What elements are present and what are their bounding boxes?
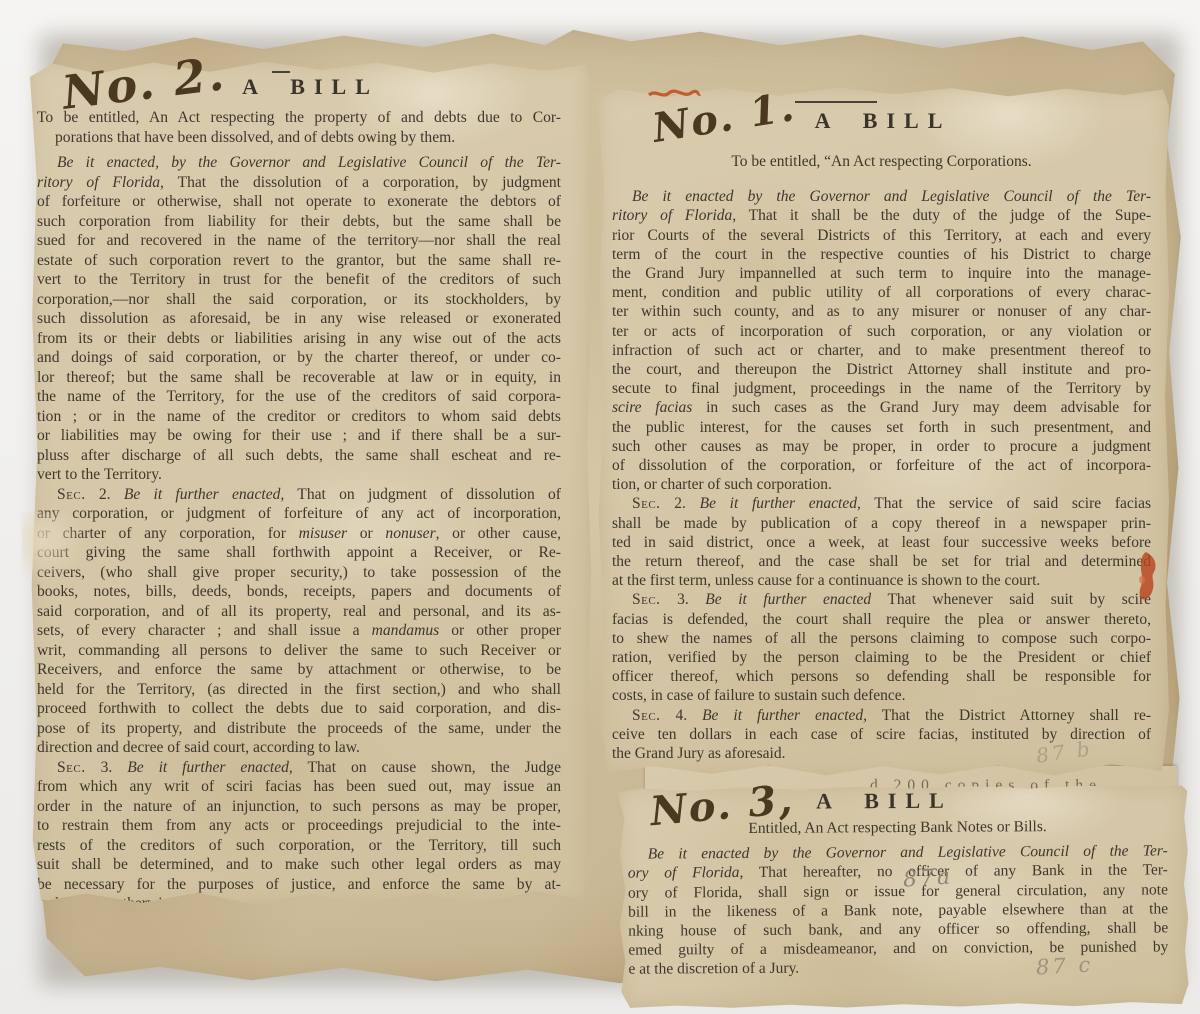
text-line: the name of the Territory, for the use o… bbox=[37, 387, 561, 407]
text-line: ter or acts of incorporation of such cor… bbox=[612, 322, 1151, 341]
text-line: secute to final judgment, proceedings in… bbox=[612, 379, 1151, 398]
text-line: lor thereof; but the same shall be recov… bbox=[37, 368, 561, 388]
paper-tear-damage bbox=[22, 512, 88, 584]
text-line: to restrain them from any acts or procee… bbox=[37, 816, 561, 836]
text-block: Sec. 2. Be it further enacted, That the … bbox=[612, 494, 1151, 590]
text-block: Sec. 2. Be it further enacted, That on j… bbox=[37, 485, 561, 758]
text-line: estate of such corporation revert to the… bbox=[37, 251, 561, 271]
text-line: Receivers, and enforce the same by attac… bbox=[37, 660, 561, 680]
pencil-annotation-87c: 87 c bbox=[1035, 953, 1093, 980]
text-line: of dissolution of the corporation, or fo… bbox=[612, 456, 1151, 475]
text-line: be necessary for the purposes of justice… bbox=[37, 875, 561, 895]
text-line: said corporation, and of all its propert… bbox=[37, 602, 561, 622]
text-line: of forfeiture or otherwise, shall not op… bbox=[37, 192, 561, 212]
bill-clipping-no1: A BILL To be entitled, “An Act respectin… bbox=[597, 86, 1169, 778]
text-line: ritory of Florida, That the dissolution … bbox=[37, 173, 561, 193]
bill-no2-body: To be entitled, An Act respecting the pr… bbox=[30, 100, 591, 914]
text-block: Sec. 3. Be it further enacted That whene… bbox=[612, 590, 1151, 705]
text-line: direction and decree of said court, acco… bbox=[37, 738, 561, 758]
text-line: suit shall be determined, and to make su… bbox=[37, 855, 561, 875]
scanned-document-page: d 200 copies of the A BILL To be entitle… bbox=[0, 0, 1200, 1014]
text-line: such other causes as may be proper, in o… bbox=[612, 437, 1151, 456]
text-line: to shew the names of all the persons cla… bbox=[612, 629, 1151, 648]
text-line: To be entitled, “An Act respecting Corpo… bbox=[612, 152, 1151, 171]
text-line: shall be made by publication of a copy t… bbox=[612, 514, 1151, 533]
text-line: Be it enacted, by the Governor and Legis… bbox=[37, 153, 561, 173]
text-line: proceed forthwith to collect the debts d… bbox=[37, 699, 561, 719]
text-line: or liabilities may be owing for their us… bbox=[37, 426, 561, 446]
text-line: term of the court in the respective coun… bbox=[612, 245, 1151, 264]
text-block: Be it enacted, by the Governor and Legis… bbox=[37, 153, 561, 485]
text-line: the public interest, for the causes set … bbox=[612, 418, 1151, 437]
text-line: from its or their debts or liabilities a… bbox=[37, 329, 561, 349]
text-line: ter within such county, and as to any mi… bbox=[612, 302, 1151, 321]
text-line: the Grand Jury impannelled at such term … bbox=[612, 264, 1151, 283]
text-line: sets, of every character ; and shall iss… bbox=[37, 621, 561, 641]
red-wax-squiggle bbox=[646, 86, 702, 104]
text-line: ment, condition and public utility of al… bbox=[612, 283, 1151, 302]
title-rule-no1 bbox=[795, 101, 877, 103]
text-line: Sec. 2. Be it further enacted, That on j… bbox=[37, 485, 561, 505]
text-line: court giving the same shall forthwith ap… bbox=[37, 543, 561, 563]
text-line: writ, commanding all persons to deliver … bbox=[37, 641, 561, 661]
text-line: ceivers, (who shall give proper security… bbox=[37, 563, 561, 583]
title-rule-no2 bbox=[272, 71, 290, 73]
text-line: rests of the creditors of such corporati… bbox=[37, 836, 561, 856]
bill-clipping-no2: A BILL To be entitled, An Act respecting… bbox=[30, 60, 591, 908]
text-line: porations that have been dissolved, and … bbox=[37, 128, 561, 148]
text-line: rior Courts of the several Districts of … bbox=[612, 226, 1151, 245]
text-line: infraction of such act or charter, and t… bbox=[612, 341, 1151, 360]
text-line: Sec. 3. Be it further enacted That whene… bbox=[612, 590, 1151, 609]
text-line: ritory of Florida, That it shall be the … bbox=[612, 206, 1151, 225]
text-line: any corporation, or judgment of forfeitu… bbox=[37, 504, 561, 524]
bill-no1-body: To be entitled, “An Act respecting Corpo… bbox=[597, 152, 1169, 763]
text-line: from which any writ of sciri facias has … bbox=[37, 777, 561, 797]
text-line: at the first term, unless cause for a co… bbox=[612, 571, 1151, 590]
text-block: To be entitled, “An Act respecting Corpo… bbox=[612, 152, 1151, 171]
text-line: Sec. 2. Be it further enacted, That the … bbox=[612, 494, 1151, 513]
text-line: tion ; or in the name of the creditor or… bbox=[37, 407, 561, 427]
text-line: costs, in case of failure to sustain suc… bbox=[612, 686, 1151, 705]
text-line: Be it enacted by the Governor and Legisl… bbox=[612, 187, 1151, 206]
text-line: the court, and thereupon the District At… bbox=[612, 360, 1151, 379]
text-line: or charter of any corporation, for misus… bbox=[37, 524, 561, 544]
red-wax-mark bbox=[1132, 548, 1166, 608]
text-line: the return thereof, and the case shall b… bbox=[612, 552, 1151, 571]
text-line: such dissolution as aforesaid, be in any… bbox=[37, 309, 561, 329]
text-line: vert to the Territory. bbox=[37, 465, 561, 485]
text-line: scire facias in such cases as the Grand … bbox=[612, 398, 1151, 417]
text-line: and doings of said corporation, or by th… bbox=[37, 348, 561, 368]
text-line: books, notes, bills, deeds, bonds, recei… bbox=[37, 582, 561, 602]
text-line: pose of its property, and distribute the… bbox=[37, 719, 561, 739]
text-line: ted in said district, once a week, at le… bbox=[612, 533, 1151, 552]
text-block: Sec. 3. Be it further enacted, That on c… bbox=[37, 758, 561, 914]
bill-no3-body: Entitled, An Act respecting Bank Notes o… bbox=[618, 816, 1189, 979]
text-line: pluss after discharge of all such debts,… bbox=[37, 446, 561, 466]
text-line: vert to the Territory in trust for the b… bbox=[37, 270, 561, 290]
text-line: corporation,—nor shall the said corporat… bbox=[37, 290, 561, 310]
text-line: such corporation from liability for thei… bbox=[37, 212, 561, 232]
text-line: order in the nature of an injunction, to… bbox=[37, 797, 561, 817]
text-line: sued for and recovered in the name of th… bbox=[37, 231, 561, 251]
text-line: held for the Territory, (as directed in … bbox=[37, 680, 561, 700]
text-line: facias is defended, the court shall requ… bbox=[612, 610, 1151, 629]
text-block: Be it enacted by the Governor and Legisl… bbox=[612, 187, 1151, 494]
text-line: Sec. 3. Be it further enacted, That on c… bbox=[37, 758, 561, 778]
text-line: ration, verified by the person claiming … bbox=[612, 648, 1151, 667]
text-block: To be entitled, An Act respecting the pr… bbox=[37, 108, 561, 147]
pencil-annotation-87a: 87a bbox=[902, 864, 954, 892]
text-line: Sec. 4. Be it further enacted, That the … bbox=[612, 706, 1151, 725]
text-line: officer thereof, which persons so defend… bbox=[612, 667, 1151, 686]
text-line: tion, or charter of such corporation. bbox=[612, 475, 1151, 494]
